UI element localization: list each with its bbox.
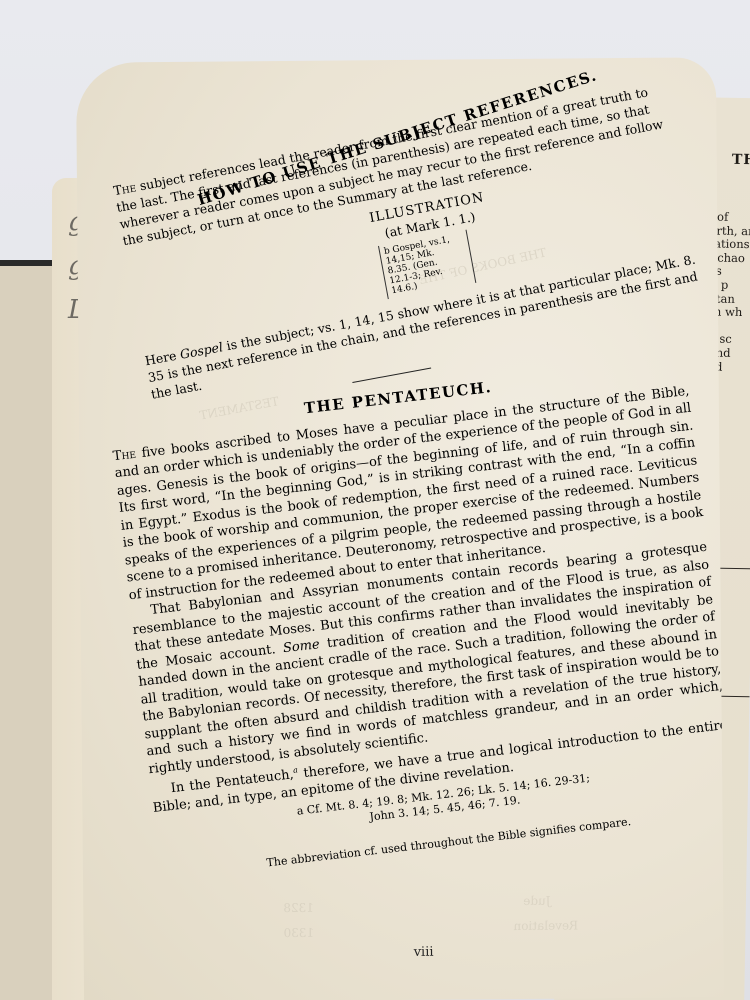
right-page-title: THE I bbox=[732, 154, 750, 168]
section-divider bbox=[352, 367, 431, 383]
page-number: viii bbox=[414, 945, 434, 960]
main-page: THE BOOKS OF THE TESTAMENT Revelation Ju… bbox=[76, 57, 724, 1000]
bleed-through-text: Revelation bbox=[513, 918, 578, 933]
pentateuch-section: THE PENTATEUCH. The five books ascribed … bbox=[109, 357, 724, 884]
illustration-block: ILLUSTRATION (at Mark 1. 1.) b Gospel, v… bbox=[352, 186, 516, 303]
bleed-through-text: Jude bbox=[523, 894, 550, 908]
bleed-through-text: 1328 bbox=[283, 901, 314, 915]
bleed-through-text: 1330 bbox=[283, 926, 314, 940]
